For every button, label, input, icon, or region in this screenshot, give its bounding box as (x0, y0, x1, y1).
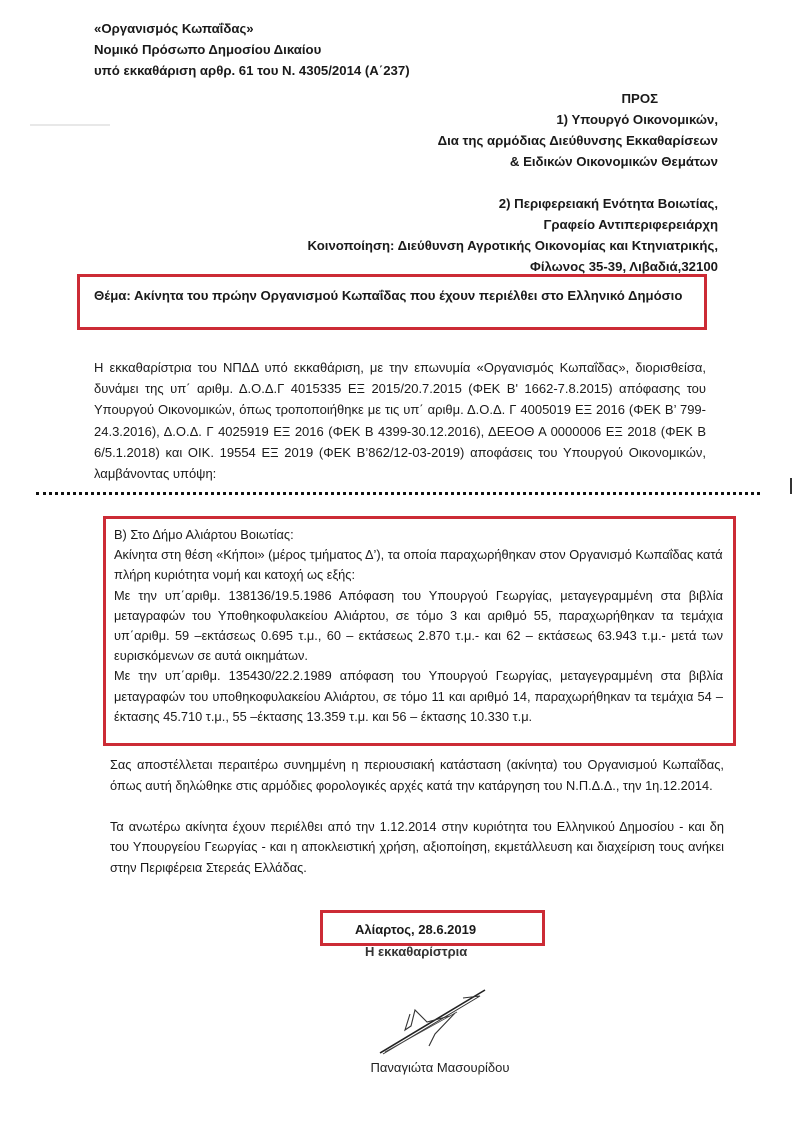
subject-line: Θέμα: Ακίνητα του πρώην Οργανισμού Κωπαΐ… (94, 285, 690, 306)
place-date: Αλίαρτος, 28.6.2019 (355, 922, 476, 937)
scan-artifact (30, 124, 110, 126)
signature-icon (355, 978, 515, 1068)
recipient-2-cc: Κοινοποίηση: Διεύθυνση Αγροτικής Οικονομ… (308, 235, 718, 256)
recipient-1-line-1: 1) Υπουργό Οικονομικών, (308, 109, 718, 130)
date-highlight-box: Αλίαρτος, 28.6.2019 (320, 910, 545, 946)
recipient-2-line-1: 2) Περιφερειακή Ενότητα Βοιωτίας, (308, 193, 718, 214)
body-paragraphs: Σας αποστέλλεται περαιτέρω συνημμένη η π… (110, 755, 724, 899)
recipient-1-line-3: & Ειδικών Οικονομικών Θεμάτων (308, 151, 718, 172)
recipient-1-line-2: Δια της αρμόδιας Διεύθυνσης Εκκαθαρίσεων (308, 130, 718, 151)
intro-paragraph: Η εκκαθαρίστρια του ΝΠΔΔ υπό εκκαθάριση,… (94, 357, 706, 484)
recipients-heading: ΠΡΟΣ (308, 88, 718, 109)
intro-text: Η εκκαθαρίστρια του ΝΠΔΔ υπό εκκαθάριση,… (94, 357, 706, 484)
section-b-highlight-box: Β) Στο Δήμο Αλιάρτου Βοιωτίας: Ακίνητα σ… (103, 516, 736, 746)
section-b-description: Ακίνητα στη θέση «Κήποι» (μέρος τμήματος… (114, 545, 723, 585)
scan-edge-mark (790, 478, 792, 494)
sender-name: «Οργανισμός Κωπαΐδας» (94, 18, 410, 39)
sender-block: «Οργανισμός Κωπαΐδας» Νομικό Πρόσωπο Δημ… (94, 18, 410, 81)
sender-status: υπό εκκαθάριση αρθρ. 61 του Ν. 4305/2014… (94, 60, 410, 81)
section-b-decision-2: Με την υπ΄αριθμ. 135430/22.2.1989 απόφασ… (114, 666, 723, 727)
section-b-heading: Β) Στο Δήμο Αλιάρτου Βοιωτίας: (114, 525, 723, 545)
signer-role: Η εκκαθαρίστρια (365, 944, 467, 959)
section-b-decision-1: Με την υπ΄αριθμ. 138136/19.5.1986 Απόφασ… (114, 586, 723, 667)
recipient-2-line-2: Γραφείο Αντιπεριφερειάρχη (308, 214, 718, 235)
excerpt-separator (36, 492, 760, 495)
sender-legal-form: Νομικό Πρόσωπο Δημοσίου Δικαίου (94, 39, 410, 60)
attachment-paragraph: Σας αποστέλλεται περαιτέρω συνημμένη η π… (110, 755, 724, 796)
recipients-block: ΠΡΟΣ 1) Υπουργό Οικονομικών, Δια της αρμ… (308, 88, 718, 277)
ownership-paragraph: Τα ανωτέρω ακίνητα έχουν περιέλθει από τ… (110, 817, 724, 879)
subject-highlight-box: Θέμα: Ακίνητα του πρώην Οργανισμού Κωπαΐ… (77, 274, 707, 330)
signer-name: Παναγιώτα Μασουρίδου (340, 1060, 540, 1075)
